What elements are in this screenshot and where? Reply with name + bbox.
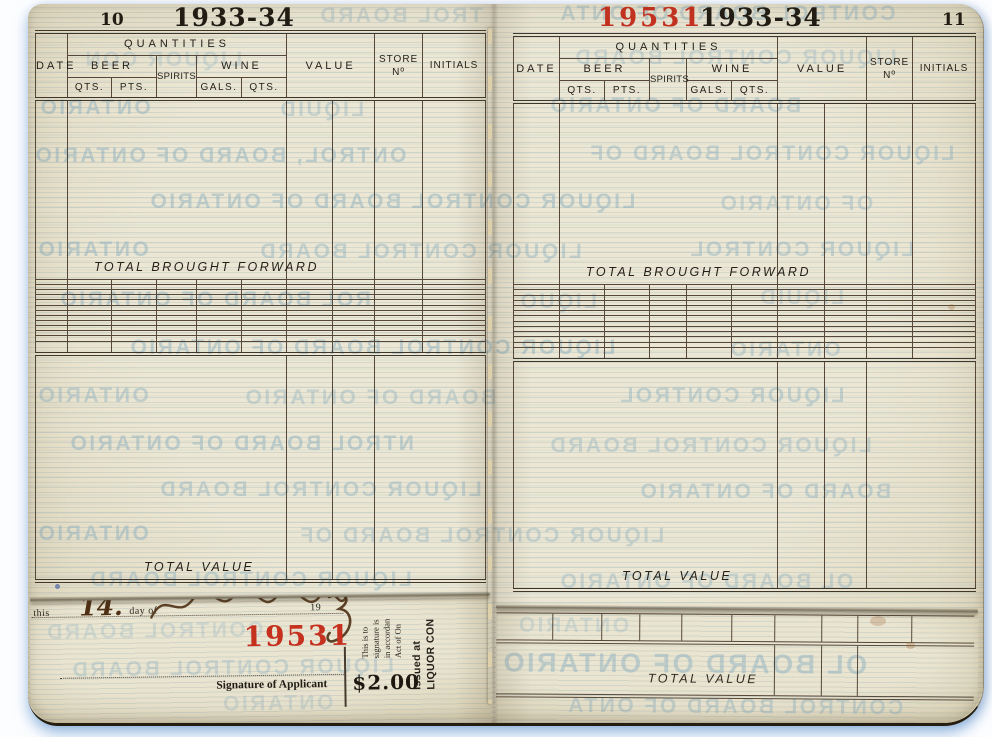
season-title-right: 1933-34 [700,4,822,32]
col-header-spirits: SPIRITS [157,55,197,99]
col-header-wine: WINE [197,55,287,77]
spine-stitching [488,28,492,704]
certify-line: Act of On [392,598,404,658]
ledger-empty-cell [287,341,333,354]
certify-line: signature is [370,598,382,658]
ledger-empty-cell [287,99,333,279]
fragment-column-line [911,616,913,642]
ledger-header: DATE QUANTITIES VALUE STORE Nº INITIALS … [36,32,486,99]
issued-line: Issued at [409,602,424,690]
signature-of-applicant-label: Signature of Applicant [216,678,327,692]
ledger-empty-cell [913,102,976,285]
col-header-date: DATE [514,35,560,102]
fragment-column-line [552,614,554,640]
col-header-date: DATE [36,32,68,99]
col-header-beer: BEER [560,58,650,80]
ledger-empty-cell [423,341,486,354]
col-header-store-no: STORE Nº [867,35,913,102]
total-value-label: TOTAL VALUE [648,671,758,686]
ledger-body [36,279,486,354]
ledger-empty-cell [157,341,197,354]
ledger-empty-cell [867,102,913,285]
col-header-beer-qts: QTS. [68,77,112,99]
slip-bleedthrough: ONTARIOOL BOARD OF ONTARIOCONTROL BOARD … [496,607,979,723]
ledger-empty-cell [68,341,112,354]
bleedthrough-ghost-text: ONTARIO [516,613,629,638]
issued-at-side-text: Issued at LIQUOR CON [409,602,439,690]
ledger-empty-cell [650,347,687,360]
serial-number-slip: 19531 [243,619,351,653]
ledger-body [514,285,976,361]
ledger-row-total-value: TOTAL VALUE [36,354,486,581]
application-slip: CONTROL BOARDLIQUOR CONTROL BOARDONTARIO… [29,595,491,725]
col-header-quantities: QUANTITIES [560,35,778,58]
ledger-empty-cell [825,360,867,590]
ledger-empty-cell [423,99,486,279]
certification-side-text: This is to signature is in accordan Act … [359,598,404,659]
fragment-column-line [857,616,859,642]
fragment-column-line [601,614,603,640]
col-header-quantities: QUANTITIES [68,32,287,55]
fragment-column-line [639,614,641,640]
ledger-empty-row [514,347,976,360]
fragment-column-line [821,616,823,642]
season-title-left: 1933-34 [168,4,300,32]
col-header-value: VALUE [287,32,375,99]
certify-line: This is to [359,598,371,658]
col-header-value: VALUE [778,35,867,102]
col-header-beer-pts: PTS. [605,80,650,102]
col-header-initials: INITIALS [423,32,486,99]
col-header-initials: INITIALS [913,35,976,102]
col-header-wine-qts: QTS. [732,80,778,102]
col-header-beer-pts: PTS. [112,77,157,99]
store-no-label: Nº [375,66,422,79]
col-header-spirits: SPIRITS [650,58,687,102]
serial-number-top: 19531 [598,4,703,33]
page-number-right: 11 [942,10,966,30]
ledger-header: DATE QUANTITIES VALUE STORE Nº INITIALS … [514,35,976,102]
col-header-beer: BEER [68,55,157,77]
col-header-beer-qts: QTS. [560,80,605,102]
ledger-empty-cell [36,341,68,354]
ledger-empty-cell [687,347,732,360]
total-brought-forward-label: TOTAL BROUGHT FORWARD [560,102,778,285]
ledger-empty-cell [375,99,423,279]
ledger-empty-cell [778,102,825,285]
ledger-empty-cell [867,347,913,360]
ledger-empty-cell [514,347,560,360]
permit-book: TROL BOARDCONTROL BOARD OF ONTALIQUOR CO… [28,4,984,726]
ledger-empty-cell [242,341,287,354]
ledger-empty-cell [287,354,333,581]
total-value-label: TOTAL VALUE [514,360,778,590]
ledger-empty-cell [778,347,825,360]
ledger-empty-cell [333,341,375,354]
col-header-wine: WINE [687,58,778,80]
ledger-empty-cell [778,360,825,590]
ledger-empty-cell [36,99,68,279]
ledger-empty-cell [605,347,650,360]
store-label: STORE [375,53,422,66]
col-header-wine-gals: GALS. [197,77,242,99]
total-brought-forward-label: TOTAL BROUGHT FORWARD [68,99,287,279]
fragment-column-line [731,615,733,641]
bleedthrough-ghost-text: TROL BOARD [318,4,483,28]
ledger-empty-cell [825,347,867,360]
total-value-label: TOTAL VALUE [36,354,287,581]
ledger-empty-cell [333,354,375,581]
under-page-ledger-fragment: ONTARIOOL BOARD OF ONTARIOCONTROL BOARD … [496,607,979,723]
ledger-row-total-brought-forward: TOTAL BROUGHT FORWARD [36,99,486,279]
page-number-left: 10 [100,10,124,30]
ledger-row-total-value: TOTAL VALUE [514,360,976,590]
ledger-row-total-brought-forward: TOTAL BROUGHT FORWARD [514,102,976,285]
ledger-empty-cell [560,347,605,360]
bleedthrough-ghost-text: ONTARIO [220,691,333,717]
ledger-empty-cell [375,354,486,581]
certify-line: in accordan [381,598,393,658]
fragment-column-line [681,615,683,641]
ledger-empty-cell [913,347,976,360]
ledger-empty-cell [514,102,560,285]
store-label: STORE [867,56,912,69]
store-no-label: Nº [867,69,912,82]
scan-background: TROL BOARDCONTROL BOARD OF ONTALIQUOR CO… [0,0,992,737]
ledger-empty-cell [333,99,375,279]
ledger-empty-row [36,341,486,354]
ledger-table-left: DATE QUANTITIES VALUE STORE Nº INITIALS … [35,30,486,583]
ledger-empty-cell [867,360,976,590]
issued-line: LIQUOR CON [423,602,438,690]
ledger-table-right: DATE QUANTITIES VALUE STORE Nº INITIALS … [513,33,976,592]
fragment-column-line [774,615,776,641]
ledger-empty-cell [197,341,242,354]
ledger-empty-cell [375,341,423,354]
col-header-wine-qts: QTS. [242,77,287,99]
col-header-wine-gals: GALS. [687,80,732,102]
ledger-empty-cell [112,341,157,354]
ledger-empty-cell [825,102,867,285]
ledger-empty-cell [732,347,778,360]
col-header-store-no: STORE Nº [375,32,423,99]
